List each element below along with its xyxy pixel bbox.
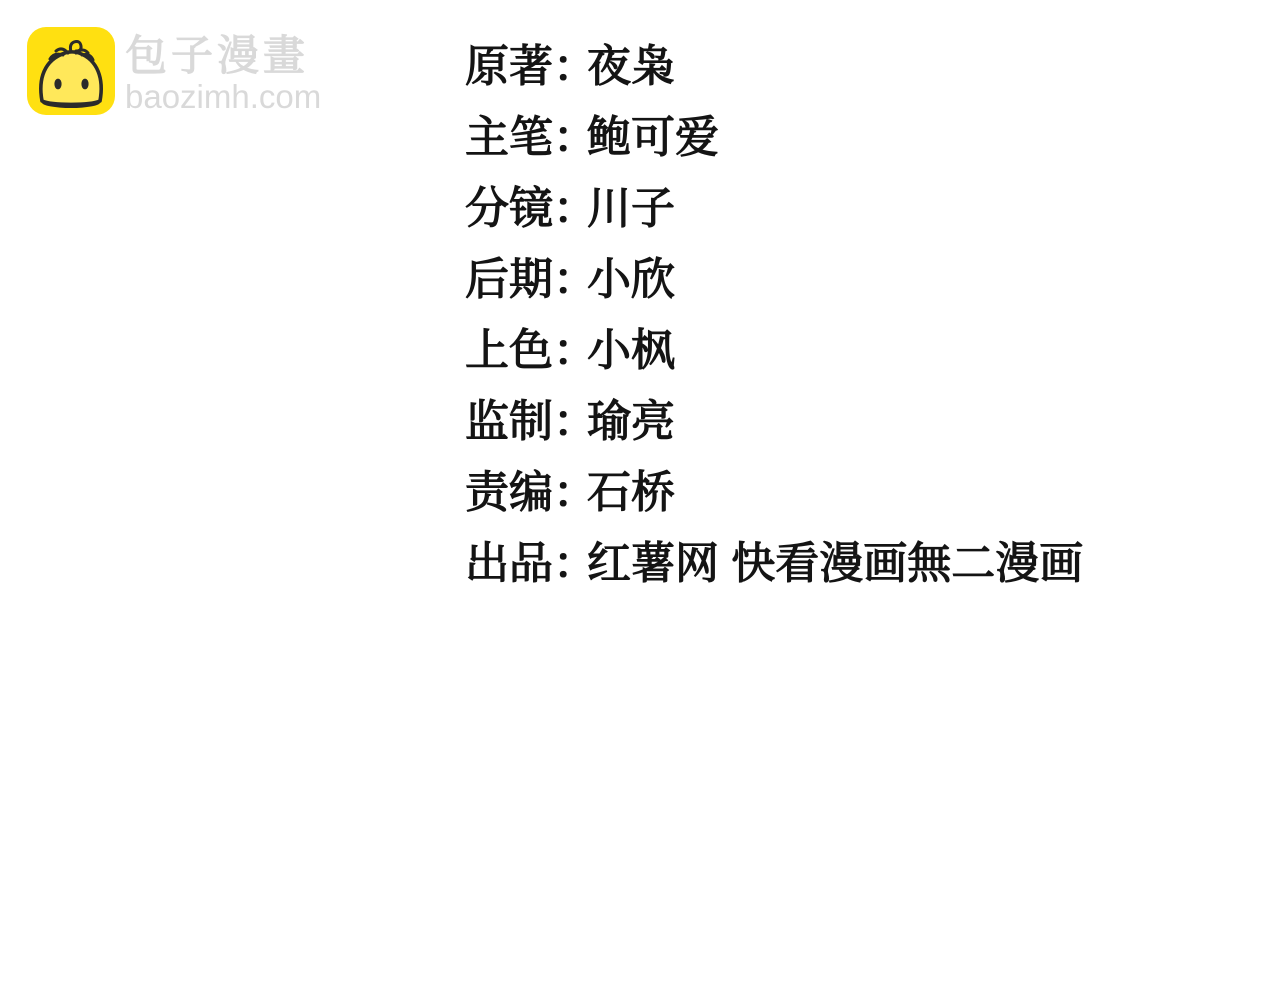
credit-role-label: 主笔：: [465, 101, 587, 165]
credit-row-lead-artist: 主笔： 鲍可爱: [465, 97, 1083, 168]
baozi-bun-icon: [27, 27, 115, 115]
credit-row-supervisor: 监制： 瑜亮: [465, 381, 1083, 452]
credit-person-name: 瑜亮: [587, 385, 675, 449]
credit-role-label: 分镜：: [465, 172, 587, 236]
credit-row-post-production: 后期： 小欣: [465, 239, 1083, 310]
credit-person-name: 夜枭: [587, 30, 675, 94]
credit-role-label: 出品：: [465, 527, 587, 591]
comic-credits-page: 包子漫畫 baozimh.com 原著： 夜枭 主笔： 鲍可爱 分镜： 川子 后…: [0, 0, 1280, 999]
credit-role-label: 原著：: [465, 30, 587, 94]
site-logo-text: 包子漫畫 baozimh.com: [125, 27, 321, 115]
credit-role-label: 后期：: [465, 243, 587, 307]
credit-person-name: 鲍可爱: [587, 101, 719, 165]
site-name: 包子漫畫: [125, 33, 321, 79]
credits-list: 原著： 夜枭 主笔： 鲍可爱 分镜： 川子 后期： 小欣 上色： 小枫 监制： …: [465, 26, 1083, 594]
credit-person-name: 石桥: [587, 456, 675, 520]
credit-person-name: 小欣: [587, 243, 675, 307]
site-domain: baozimh.com: [125, 79, 321, 115]
credit-person-name: 川子: [587, 172, 675, 236]
credit-row-production: 出品： 红薯网 快看漫画無二漫画: [465, 523, 1083, 594]
credit-row-original-author: 原著： 夜枭: [465, 26, 1083, 97]
credit-role-label: 上色：: [465, 314, 587, 378]
credit-role-label: 监制：: [465, 385, 587, 449]
credit-role-label: 责编：: [465, 456, 587, 520]
credit-row-coloring: 上色： 小枫: [465, 310, 1083, 381]
credit-person-name: 红薯网 快看漫画無二漫画: [587, 527, 1083, 591]
credit-row-editor: 责编： 石桥: [465, 452, 1083, 523]
credit-person-name: 小枫: [587, 314, 675, 378]
site-logo: 包子漫畫 baozimh.com: [27, 27, 321, 115]
credit-row-storyboard: 分镜： 川子: [465, 168, 1083, 239]
